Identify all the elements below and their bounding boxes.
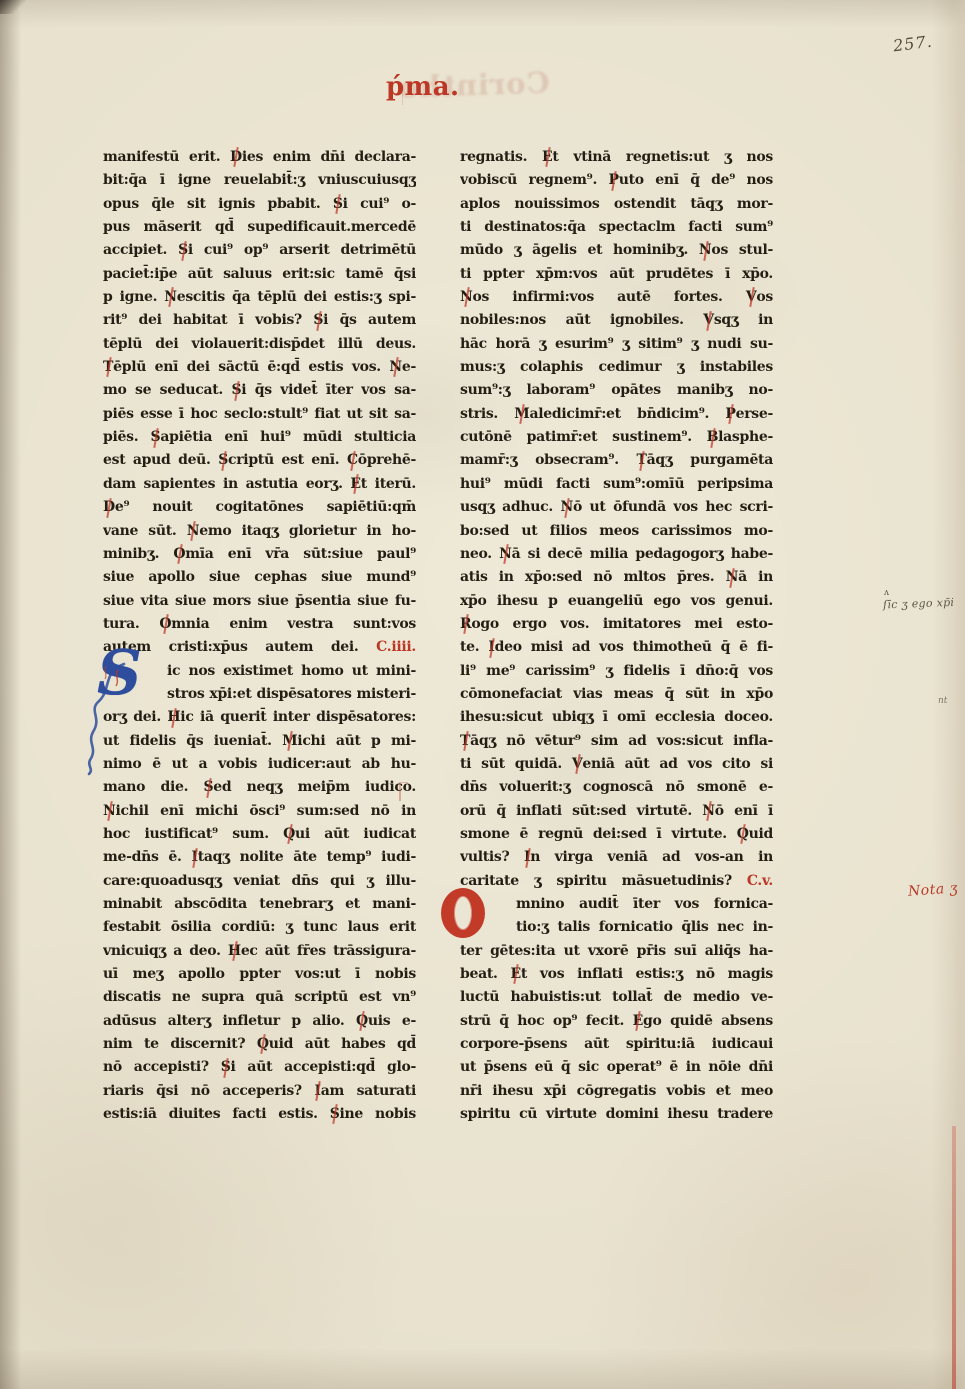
text-line: bo:sed ut filios meos carissimos mo- — [460, 520, 773, 543]
text-line: dn̄s voluerit:ʒ cognoscā nō smonē e- — [460, 776, 773, 799]
text-line: opus q̄le sit ignis pbabit. Si cui⁹ o- — [103, 193, 416, 216]
text-line: li⁹ me⁹ carissim⁹ ʒ fidelis ī dn̄o:q̄ vo… — [460, 660, 773, 683]
text-line: te. Ideo misi ad vos thimotheū q̄ ē fi- — [460, 636, 773, 659]
text-line: vobiscū regnem⁹. Puto enī q̄ de⁹ nos — [460, 169, 773, 192]
text-line: vane sūt. Nemo itaqʒ glorietur in ho- — [103, 520, 416, 543]
text-line: ter gētes:ita ut vxorē pr̄is suī aliq̄s … — [460, 940, 773, 963]
text-line: piēs esse ī hoc seclo:stult⁹ fiat ut sit… — [103, 403, 416, 426]
text-line: ic nos existimet homo ut mini- — [103, 660, 416, 683]
text-line: p igne. Nescitis q̄a tēplū dei estis:ʒ s… — [103, 286, 416, 309]
text-line: manifestū erit. Dies enim dn̄i declara- — [103, 146, 416, 169]
text-line: mūdo ʒ āgelis et hominibʒ. Nos stul- — [460, 239, 773, 262]
text-line: nimo ē ut a vobis iudicer:aut ab hu- — [103, 753, 416, 776]
text-line: festabit ōsilia cordiū: ʒ tunc laus erit — [103, 916, 416, 939]
text-line: mus:ʒ colaphis cedimur ʒ instabiles — [460, 356, 773, 379]
text-line: aplos nouissimos ostendit tāqʒ mor- — [460, 193, 773, 216]
text-line: luctū habuistis:ut tollat̄ de medio ve- — [460, 986, 773, 1009]
text-line: tio:ʒ talis fornicatio q̄lis nec in- — [460, 916, 773, 939]
text-line: discatis ne supra quā scriptū est vn⁹ — [103, 986, 416, 1009]
margin-note-handwritten: ſīc ʒ ego xp̄i — [883, 597, 963, 612]
text-line: rit⁹ dei habitat ī vobis? Si q̄s autem — [103, 309, 416, 332]
text-line: vultis? In virga veniā ad vos-an in — [460, 846, 773, 869]
text-line: sum⁹:ʒ laboram⁹ opātes manibʒ no- — [460, 379, 773, 402]
text-line: corpore-p̄sens aūt spiritu:iā iudicaui — [460, 1033, 773, 1056]
margin-small-mark: nt — [938, 696, 947, 706]
text-line: stros xp̄i:et dispēsatores misteri- — [103, 683, 416, 706]
text-line: stris. Maledicimr̄:et bn̄dicim⁹. Perse- — [460, 403, 773, 426]
text-line: caritate ʒ spiritu māsuetudinis? C.v. — [460, 870, 773, 893]
text-line: Tāqʒ nō vētur⁹ sim ad vos:sicut infla- — [460, 730, 773, 753]
text-line: paciet̄:ip̄e aūt saluus erit:sic tamē q̄… — [103, 263, 416, 286]
text-line: ut p̄sens eū q̄ sic operat⁹ ē in nōie dn… — [460, 1056, 773, 1079]
text-line: beat. Et vos inflati estis:ʒ nō magis — [460, 963, 773, 986]
text-line: De⁹ nouit cogitatōnes sapiētiū:qm̄ — [103, 496, 416, 519]
text-line: regnatis. Et vtinā regnetis:ut ʒ nos — [460, 146, 773, 169]
text-line: estis:iā diuites facti estis. Sine nobis — [103, 1103, 416, 1126]
text-column-right: regnatis. Et vtinā regnetis:ut ʒ nosvobi… — [460, 146, 773, 1126]
text-line: dam sapientes in astutia eorʒ. Et iterū. — [103, 473, 416, 496]
fore-edge-red-line — [952, 1126, 956, 1389]
text-line: ti destinatos:q̄a spectaclm facti sum⁹ — [460, 216, 773, 239]
text-line: mano die. Sed neqʒ meip̄m iudico. — [103, 776, 416, 799]
illuminated-initial-o — [441, 888, 485, 938]
text-line: pus māserit qd̄ supedificauit.mercedē — [103, 216, 416, 239]
folio-number: 257. — [892, 32, 934, 56]
text-line: riaris q̄si nō acceperis? Iam saturati — [103, 1080, 416, 1103]
text-line: Tēplū enī dei sāctū ē:qd̄ estis vos. Ne- — [103, 356, 416, 379]
text-line: adūsus alterʒ infletur p alio. Quis e- — [103, 1010, 416, 1033]
text-line: spiritu cū virtute domini ihesu tradere — [460, 1103, 773, 1126]
text-line: strū q̄ hoc op⁹ fecit. Ego quidē absens — [460, 1010, 773, 1033]
text-line: hoc iustificat⁹ sum. Qui aūt iudicat — [103, 823, 416, 846]
text-line: siue vita siue mors siue p̄sentia siue f… — [103, 590, 416, 613]
margin-note-nota: Nota ʒ — [908, 880, 959, 899]
text-line: piēs. Sapiētia enī hui⁹ mūdi stulticia — [103, 426, 416, 449]
text-line: nim te discernit? Quid aūt habes qd̄ — [103, 1033, 416, 1056]
text-line: ti ppter xp̄m:vos aūt prudētes ī xp̄o. — [460, 263, 773, 286]
text-line: accipiet. Si cui⁹ op⁹ arserit detrimētū — [103, 239, 416, 262]
text-line: tēplū dei violauerit:disp̄det illū deus. — [103, 333, 416, 356]
text-line: mnino audit̄ īter vos fornica- — [460, 893, 773, 916]
margin-caret-mark: ʌ — [884, 588, 889, 598]
text-line: hui⁹ mūdi facti sum⁹:omīū peripsima — [460, 473, 773, 496]
text-line: neo. Nā si decē milia pedagogorʒ habe- — [460, 543, 773, 566]
text-line: bit:q̄a ī igne reuelabit̄:ʒ vniuscuiusqʒ — [103, 169, 416, 192]
text-line: nobiles:nos aūt ignobiles. Vsqʒ in — [460, 309, 773, 332]
text-line: vnicuiqʒ a deo. Hec aūt fr̄es trāssigura… — [103, 940, 416, 963]
text-line: ut fidelis q̄s iueniat̄. Michi aūt p mi- — [103, 730, 416, 753]
text-line: cutōnē patimr̄:et sustinem⁹. Blasphe- — [460, 426, 773, 449]
text-line: orʒ dei. Hic iā querit̄ inter dispēsator… — [103, 706, 416, 729]
text-line: ti sūt quidā. Veniā aūt ad vos cito si — [460, 753, 773, 776]
text-line: cōmonefaciat vias meas q̄ sūt in xp̄o — [460, 683, 773, 706]
text-line: minabit abscōdita tenebrarʒ et mani- — [103, 893, 416, 916]
scan-corner-shadow — [0, 0, 26, 14]
text-line: Rogo ergo vos. imitatores mei esto- — [460, 613, 773, 636]
initial-s-pen-flourish — [84, 656, 132, 776]
text-line: care:quoadusqʒ veniat dn̄s qui ʒ illu- — [103, 870, 416, 893]
text-line: Nichil enī michi ōsci⁹ sum:sed nō in — [103, 800, 416, 823]
text-line: nr̄i ihesu xp̄i cōgregatis vobis et meo — [460, 1080, 773, 1103]
text-line: tura. Omnia enim vestra sunt:vos — [103, 613, 416, 636]
chapter-rubric: C.v. — [747, 873, 773, 889]
chapter-rubric: C.iiii. — [376, 639, 416, 655]
text-line: mo se seducat. Si q̄s videt̄ īter vos sa… — [103, 379, 416, 402]
running-title: ṕma. — [386, 72, 460, 102]
text-column-left: manifestū erit. Dies enim dn̄i declara-b… — [103, 146, 416, 1126]
manuscript-page: Corintho ṕma. 257. manifestū erit. Dies … — [0, 0, 965, 1389]
text-line: uī meʒ apollo ppter vos:ut ī nobis — [103, 963, 416, 986]
text-line: orū q̄ inflati sūt:sed virtutē. Nō enī ī — [460, 800, 773, 823]
text-line: Nos infirmi:vos autē fortes. Vos — [460, 286, 773, 309]
text-line: mamr̄:ʒ obsecram⁹. Tāqʒ purgamēta — [460, 449, 773, 472]
text-line: autem cristi:xp̄us autem dei. C.iiii. — [103, 636, 416, 659]
text-line: siue apollo siue cephas siue mund⁹ — [103, 566, 416, 589]
text-line: minibʒ. Omīa enī vr̄a sūt:siue paul⁹ — [103, 543, 416, 566]
text-line: ihesu:sicut ubiqʒ ī omī ecclesia doceo. — [460, 706, 773, 729]
text-line: nō accepisti? Si aūt accepisti:qd̄ glo- — [103, 1056, 416, 1079]
text-line: usqʒ adhuc. Nō ut ōfundā vos hec scri- — [460, 496, 773, 519]
text-line: atis in xp̄o:sed nō mltos p̄res. Nā in — [460, 566, 773, 589]
text-line: hāc horā ʒ esurim⁹ ʒ sitim⁹ ʒ nudi su- — [460, 333, 773, 356]
text-line: est apud deū. Scriptū est enī. Cōprehē- — [103, 449, 416, 472]
text-line: smone ē regnū dei:sed ī virtute. Quid — [460, 823, 773, 846]
text-line: me-dn̄s ē. Itaqʒ nolite āte temp⁹ iudi- — [103, 846, 416, 869]
text-line: xp̄o ihesu p euangeliū ego vos genui. — [460, 590, 773, 613]
